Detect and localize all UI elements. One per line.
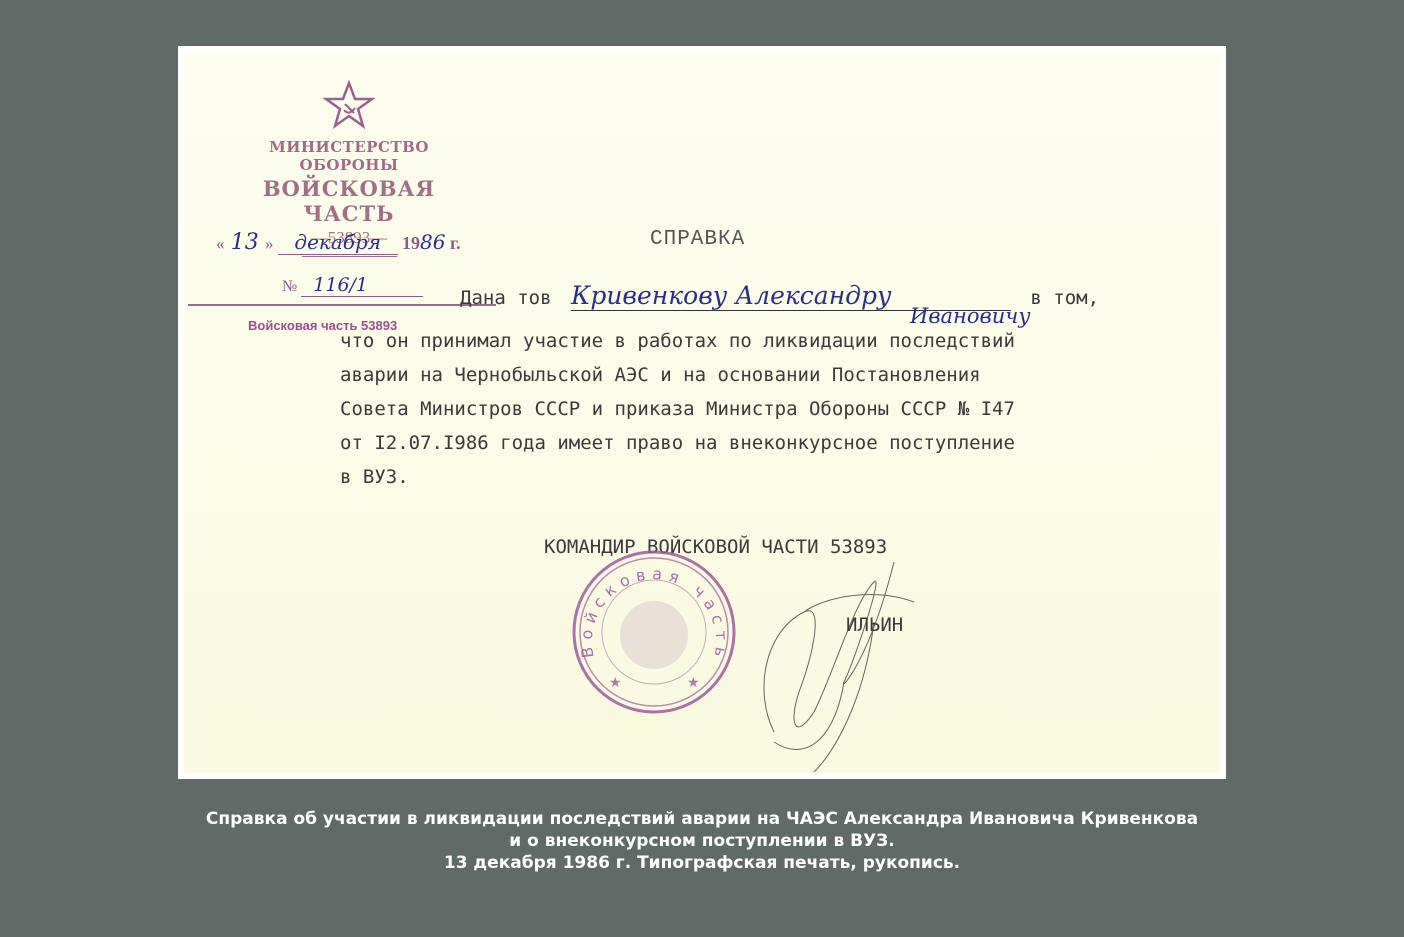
header-rule	[188, 304, 496, 306]
ussr-coat-of-arms-seal-icon: Войсковая часть ★ ★	[569, 547, 739, 717]
star-hammer-sickle-icon	[323, 80, 375, 132]
quote-close: »	[265, 234, 274, 253]
date-day: 13	[231, 230, 259, 255]
date-line: « 13 » декабря 1986 г.	[216, 230, 461, 255]
document-title: СПРАВКА	[650, 228, 745, 251]
document-number: № 116/1	[282, 274, 423, 297]
caption-line-1: Справка об участии в ликвидации последст…	[0, 808, 1404, 830]
year-unit: г.	[450, 233, 461, 253]
svg-text:★: ★	[687, 675, 700, 691]
number-value: 116/1	[301, 274, 423, 297]
given-prefix: Дана тов	[460, 287, 552, 309]
divider	[302, 256, 397, 257]
document-paper: МИНИСТЕРСТВО ОБОРОНЫ ВОЙСКОВАЯ ЧАСТЬ —53…	[184, 52, 1220, 773]
given-suffix: в том,	[1030, 287, 1099, 309]
document-frame: МИНИСТЕРСТВО ОБОРОНЫ ВОЙСКОВАЯ ЧАСТЬ —53…	[178, 46, 1226, 779]
number-label: №	[282, 278, 297, 295]
signature	[744, 542, 924, 772]
date-month: декабря	[278, 230, 398, 255]
signer-name: ИЛЬИН	[846, 614, 903, 636]
caption: Справка об участии в ликвидации последст…	[0, 808, 1404, 874]
body-text: что он принимал участие в работах по лик…	[340, 324, 1160, 494]
year-prefix: 19	[402, 233, 420, 253]
recipient-line: Дана тов Кривенкову Александру в том, Ив…	[460, 282, 1099, 311]
date-year: 1986 г.	[402, 233, 461, 253]
year-suffix: 86	[420, 230, 445, 254]
ministry-name: МИНИСТЕРСТВО ОБОРОНЫ	[224, 138, 474, 174]
caption-line-3: 13 декабря 1986 г. Типографская печать, …	[0, 852, 1404, 874]
unit-title: ВОЙСКОВАЯ ЧАСТЬ	[224, 176, 474, 226]
svg-text:★: ★	[609, 675, 622, 691]
caption-line-2: и о внеконкурсном поступлении в ВУЗ.	[0, 830, 1404, 852]
quote-open: «	[216, 234, 225, 253]
